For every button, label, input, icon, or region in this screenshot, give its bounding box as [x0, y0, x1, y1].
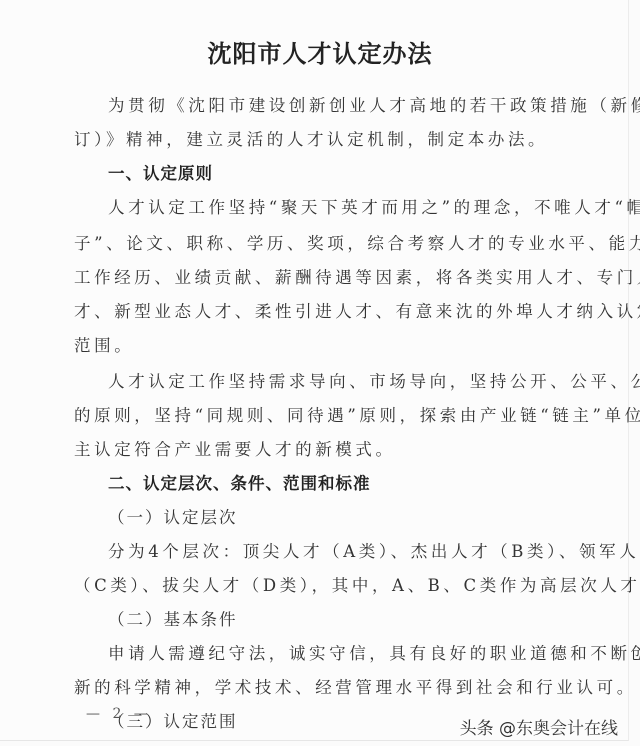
document-page: 沈阳市人才认定办法 为贯彻《沈阳市建设创新创业人才高地的若干政策措施（新修 订）… — [0, 0, 629, 741]
paragraph-line: 子”、论文、职称、学历、奖项，综合考察人才的专业水平、能力潜力、 — [74, 230, 640, 254]
paragraph-line: 订）》精神，建立灵活的人才认定机制，制定本办法。 — [74, 126, 548, 150]
page-number: — 2 — — [86, 706, 152, 722]
paragraph-line: 范围。 — [74, 332, 134, 356]
paragraph-line: 的原则，坚持“同规则、同待遇”原则，探索由产业链“链主”单位自 — [74, 402, 640, 426]
subsection-heading: （二）基本条件 — [108, 606, 238, 630]
paragraph-line: 主认定符合产业需要人才的新模式。 — [74, 436, 396, 460]
paragraph-line: 分为4个层次：顶尖人才（A类）、杰出人才（B类）、领军人才 — [108, 538, 640, 562]
paragraph-line: （C类）、拔尖人才（D类），其中，A、B、C类作为高层次人才。 — [74, 572, 640, 596]
paragraph-line: 新的科学精神，学术技术、经营管理水平得到社会和行业认可。 — [74, 674, 637, 698]
paragraph-line: 为贯彻《沈阳市建设创新创业人才高地的若干政策措施（新修 — [108, 92, 640, 116]
watermark: 头条 @东奥会计在线 — [460, 714, 618, 739]
document-title: 沈阳市人才认定办法 — [0, 34, 640, 69]
section-heading: 二、认定层次、条件、范围和标准 — [108, 470, 371, 494]
paragraph-line: 工作经历、业绩贡献、薪酬待遇等因素，将各类实用人才、专门人 — [74, 264, 640, 288]
subsection-heading: （一）认定层次 — [108, 504, 238, 528]
paragraph-line: 人才认定工作坚持需求导向、市场导向，坚持公开、公平、公正 — [108, 368, 640, 392]
paragraph-line: 人才认定工作坚持“聚天下英才而用之”的理念，不唯人才“帽 — [108, 194, 640, 218]
paragraph-line: 才、新型业态人才、柔性引进人才、有意来沈的外埠人才纳入认定 — [74, 298, 640, 322]
paragraph-line: 申请人需遵纪守法，诚实守信，具有良好的职业道德和不断创 — [108, 640, 640, 664]
section-heading: 一、认定原则 — [108, 160, 213, 184]
